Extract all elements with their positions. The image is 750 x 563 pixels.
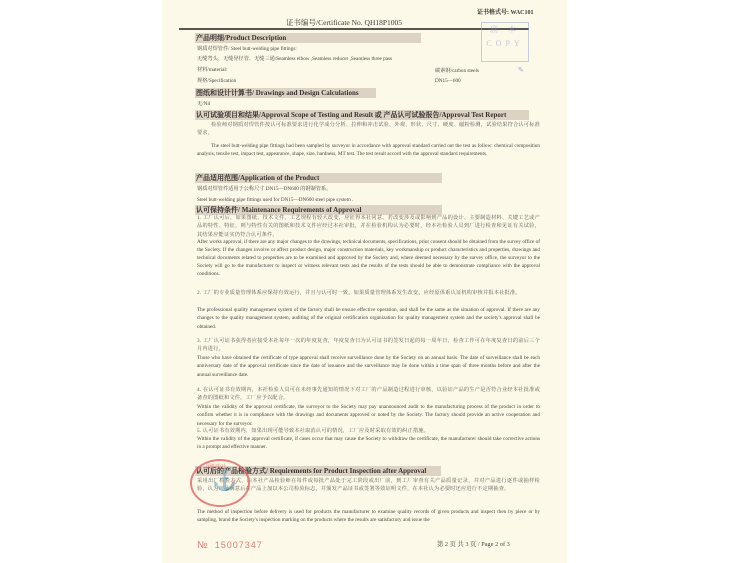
product-name: 钢质对焊管件/ Steel butt-welding pipe fittings… <box>197 46 297 52</box>
maintenance-item-2-en: The professional quality management syst… <box>197 306 540 331</box>
page-indicator: 第 2 页 共 3 页 / Page 2 of 3 <box>437 539 510 548</box>
drawings-value: 无/Nil <box>197 101 210 107</box>
certificate-format-number: 证书格式号: WAC101 <box>477 7 534 16</box>
certificate-page: 证书格式号: WAC101 证书编号/Certificate No. QH18P… <box>162 0 567 563</box>
society-seal: 国船级社 ⚓ 02 <box>190 459 250 507</box>
serial-number: №15007347 <box>197 540 263 551</box>
material-value: 碳素钢/carbon steels <box>435 67 479 74</box>
section-approval-scope: 认可试验项目和结果/Approval Scope of Testing and … <box>195 110 529 120</box>
specification-label: 规格/Specification <box>197 78 236 84</box>
maintenance-item-1-cn: 1. 工厂认可后，如果图纸、技术文件、工艺规程有较大改变，应征得本社同意。若改变… <box>197 214 540 239</box>
maintenance-item-3-cn: 3. 工厂认可证书获得者应接受本社每年一次的年度复查，年度复查日为认可证书的签发… <box>197 337 540 354</box>
inspection-en: The method of inspection before delivery… <box>197 508 540 525</box>
ink-mark-icon: ✎ <box>518 66 524 74</box>
maintenance-item-3-en: Those who have obtained the certificate … <box>197 354 540 379</box>
maintenance-item-4-cn: 4. 在认可证书有效期内，本社检验人员可在未经事先通知的情况下对工厂的产品制造过… <box>197 386 540 403</box>
section-drawings: 图纸和设计计算书/ Drawings and Design Calculatio… <box>195 88 376 98</box>
application-en: Steel butt-welding pipe fittings used fo… <box>197 197 353 203</box>
product-types: 无缝弯头、无缝异径管、无缝三通/Seamless elbow ,Seamless… <box>197 56 392 62</box>
maintenance-item-1-en: After works approval, if there are any m… <box>197 238 540 278</box>
approval-scope-cn: 检验师对钢质对焊管件按认可标准要求进行化学成分分析、拉伸和冲击试验、外观、形状、… <box>197 121 540 138</box>
copy-stamp: 副 本 COPY <box>481 22 529 62</box>
application-cn: 钢质对焊管件适用于公称尺寸 DN15—DN600 的钢制管系。 <box>197 186 331 192</box>
section-product-description: 产品明细/Product Description <box>195 33 421 43</box>
specification-value: DN15—600 <box>435 78 461 84</box>
material-label: 材料/material: <box>197 67 227 73</box>
maintenance-item-4-en: Within the validity of the approval cert… <box>197 403 540 428</box>
maintenance-item-2-cn: 2. 工厂的专业质量管理体系应保持有效运行，并且与认可时一致，如果质量管理体系发… <box>197 289 540 297</box>
certificate-number: 证书编号/Certificate No. QH18P1005 <box>286 17 402 28</box>
approval-scope-en: The steel butt-welding pipe fittings had… <box>197 142 540 159</box>
header-rule <box>179 28 529 30</box>
section-application: 产品适用范围/Application of the Product <box>195 173 442 183</box>
maintenance-item-5-en: Within the validity of the approval cert… <box>197 435 540 452</box>
